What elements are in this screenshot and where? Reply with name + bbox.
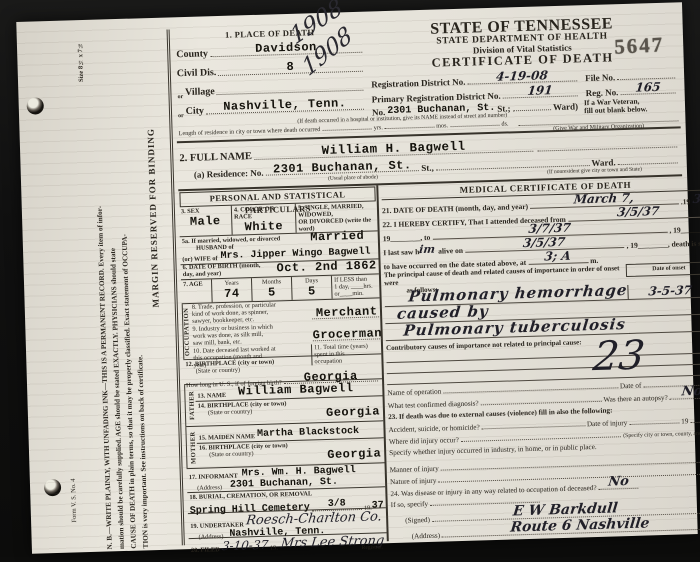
- mother-birthplace-value: Georgia: [327, 446, 381, 462]
- certificate-form: 1908 1908 1. PLACE OF DEATH County David…: [167, 14, 693, 545]
- occupation-block: OCCUPATION 8. Trade, profession, or part…: [182, 298, 382, 360]
- trade-value: Merchant: [316, 304, 378, 320]
- last-saw-him: im: [419, 243, 436, 257]
- physician-signature: E W Barkdull: [513, 503, 619, 516]
- occupation-side-label: OCCUPATION: [182, 304, 192, 359]
- father-name-label: 13. NAME: [197, 392, 226, 400]
- or-label: or: [178, 113, 184, 119]
- last-saw-value: 3/5/37: [523, 237, 566, 248]
- village-label: Village: [185, 86, 215, 98]
- full-name-value: William H. Bagwell: [321, 140, 465, 158]
- residence-mos-field: [385, 127, 434, 129]
- date-of-death-value: March 7,: [574, 193, 635, 205]
- certificate-number-stamp: 5647: [614, 32, 665, 59]
- date-of-onset-box: Date of onset: [626, 261, 700, 277]
- dob-value: Oct. 2nd 1862: [276, 258, 376, 275]
- ds-label: ds.: [501, 120, 508, 127]
- occurred-time-field: 3; A: [528, 250, 588, 265]
- primary-district-field: 191: [502, 84, 577, 98]
- civil-district-label: Civil Dis.: [177, 67, 217, 79]
- city-label: City: [185, 105, 204, 117]
- filed-value: 3-10-37: [221, 538, 269, 553]
- birthplace-field: Georgia: [283, 369, 378, 384]
- city-value: Nashville, Tenn.: [223, 96, 347, 114]
- mother-side-label: MOTHER: [185, 427, 197, 468]
- yrs-label: yrs.: [374, 124, 383, 131]
- mother-group: MOTHER 15. MAIDEN NAME Martha Blackstock…: [185, 421, 384, 469]
- size-note: Size 8½ x 7¼: [77, 42, 85, 82]
- form-number: Form V. S. No. 4: [70, 478, 78, 522]
- or-label: or: [177, 94, 183, 100]
- scan-background: Form V. S. No. 4 Size 8½ x 7¼ N. B.—WRIT…: [0, 0, 700, 557]
- father-side-label: FATHER: [184, 385, 196, 426]
- columns-section: PERSONAL AND STATISTICAL PARTICULARS 3. …: [178, 176, 692, 547]
- months-value: 5: [254, 285, 289, 300]
- years-value: 74: [214, 286, 249, 301]
- related-field: No: [598, 477, 638, 490]
- full-name-label: 2. FULL NAME: [179, 151, 252, 164]
- filed-label: 20. FILED: [191, 546, 220, 554]
- civil-district-value: 8: [286, 60, 294, 74]
- trade-field: Merchant: [312, 305, 382, 319]
- related-value: No: [608, 477, 630, 488]
- informant-address-label: (Address): [197, 484, 222, 492]
- spouse-label3: (or) WIFE of: [182, 255, 217, 263]
- margin-notes: N. B.—WRITE PLAINLY, WITH UNFADING INK—T…: [88, 22, 152, 549]
- less-min-label: or____min.: [334, 289, 377, 297]
- mos-label: mos.: [436, 122, 448, 129]
- registrar-label: Registrar.: [362, 544, 383, 552]
- mother-name-value: Martha Blackstock: [257, 426, 359, 440]
- reg-no-field: 165: [620, 81, 676, 95]
- certificate-paper: Form V. S. No. 4 Size 8½ x 7¼ N. B.—WRIT…: [16, 2, 697, 554]
- binding-margin: Form V. S. No. 4 Size 8½ x 7¼ N. B.—WRIT…: [16, 18, 180, 554]
- dob-label: 6. DATE OF BIRTH (month, day, and year): [183, 262, 273, 279]
- m-label: m.: [590, 256, 598, 265]
- injury-date-field: [629, 423, 679, 425]
- medical-column: MEDICAL CERTIFICATE OF DEATH 21. DATE OF…: [378, 175, 700, 541]
- days-value: 5: [294, 284, 329, 299]
- residence-value: 2301 Buchanan, St.: [273, 158, 412, 176]
- autopsy-field: No: [669, 386, 700, 399]
- st-label: St.,: [421, 163, 434, 173]
- rule-line: [387, 363, 700, 374]
- certify-from-field: 3/5/37: [568, 205, 700, 222]
- residence-label: (a) Residence: No.: [194, 168, 264, 180]
- filed-19: 19.: [270, 544, 278, 551]
- personal-column: PERSONAL AND STATISTICAL PARTICULARS 3. …: [178, 185, 388, 547]
- residence-yrs-field: [322, 128, 371, 130]
- certify-to-value: 3/7/37: [528, 223, 571, 234]
- birthplace-value: Georgia: [304, 369, 358, 385]
- sex-value: Male: [181, 214, 229, 229]
- age-label: 7. AGE: [183, 280, 209, 288]
- file-no-label: File No.: [585, 72, 615, 83]
- physician-address-label: (Address): [412, 532, 441, 541]
- county-label: County: [176, 48, 208, 60]
- registration-district-field: 4-19-08: [467, 69, 577, 84]
- cause-1-onset-date: 3-5-37: [648, 283, 693, 298]
- certify-from-value: 3/5/37: [616, 206, 659, 217]
- father-birthplace-value: Georgia: [326, 404, 380, 420]
- color-value: White: [234, 219, 293, 235]
- registration-district-value: 4-19-08: [496, 70, 549, 82]
- industry-value: Grocerman: [312, 326, 382, 342]
- physician-address-value: Route 6 Nashville: [510, 518, 650, 532]
- contributory-value: 23: [591, 332, 647, 380]
- mother-name-label: 15. MAIDEN NAME: [199, 433, 256, 442]
- rule-line: [387, 352, 700, 363]
- occurred-time-value: 3; A: [544, 251, 571, 262]
- injury-19: 19: [681, 417, 688, 425]
- war-veteran-note: If a War Veteran, fill out blank below.: [584, 96, 680, 115]
- birthplace-row: 12. BIRTHPLACE (city or town) (State or …: [183, 354, 382, 385]
- city-field: Nashville, Tenn.: [206, 98, 364, 115]
- header-section: 1. PLACE OF DEATH County Davidson Civil …: [174, 14, 681, 141]
- industry-field: Grocerman: [313, 327, 383, 341]
- reg-no-value: 165: [635, 82, 661, 93]
- burial-date: 3/8: [328, 498, 346, 510]
- residence-length-label: Length of residence in city or town wher…: [179, 126, 321, 137]
- injury-year-field: [690, 421, 700, 423]
- residence-field: 2301 Buchanan, St.: [265, 160, 419, 176]
- leader-line: [618, 162, 678, 165]
- abode-note: (Usual place of abode): [328, 174, 378, 181]
- residence-ds-field: [450, 125, 499, 127]
- primary-district-value: 191: [527, 85, 553, 96]
- autopsy-value: No: [681, 387, 700, 398]
- binding-note: MARGIN RESERVED FOR BINDING: [145, 128, 160, 308]
